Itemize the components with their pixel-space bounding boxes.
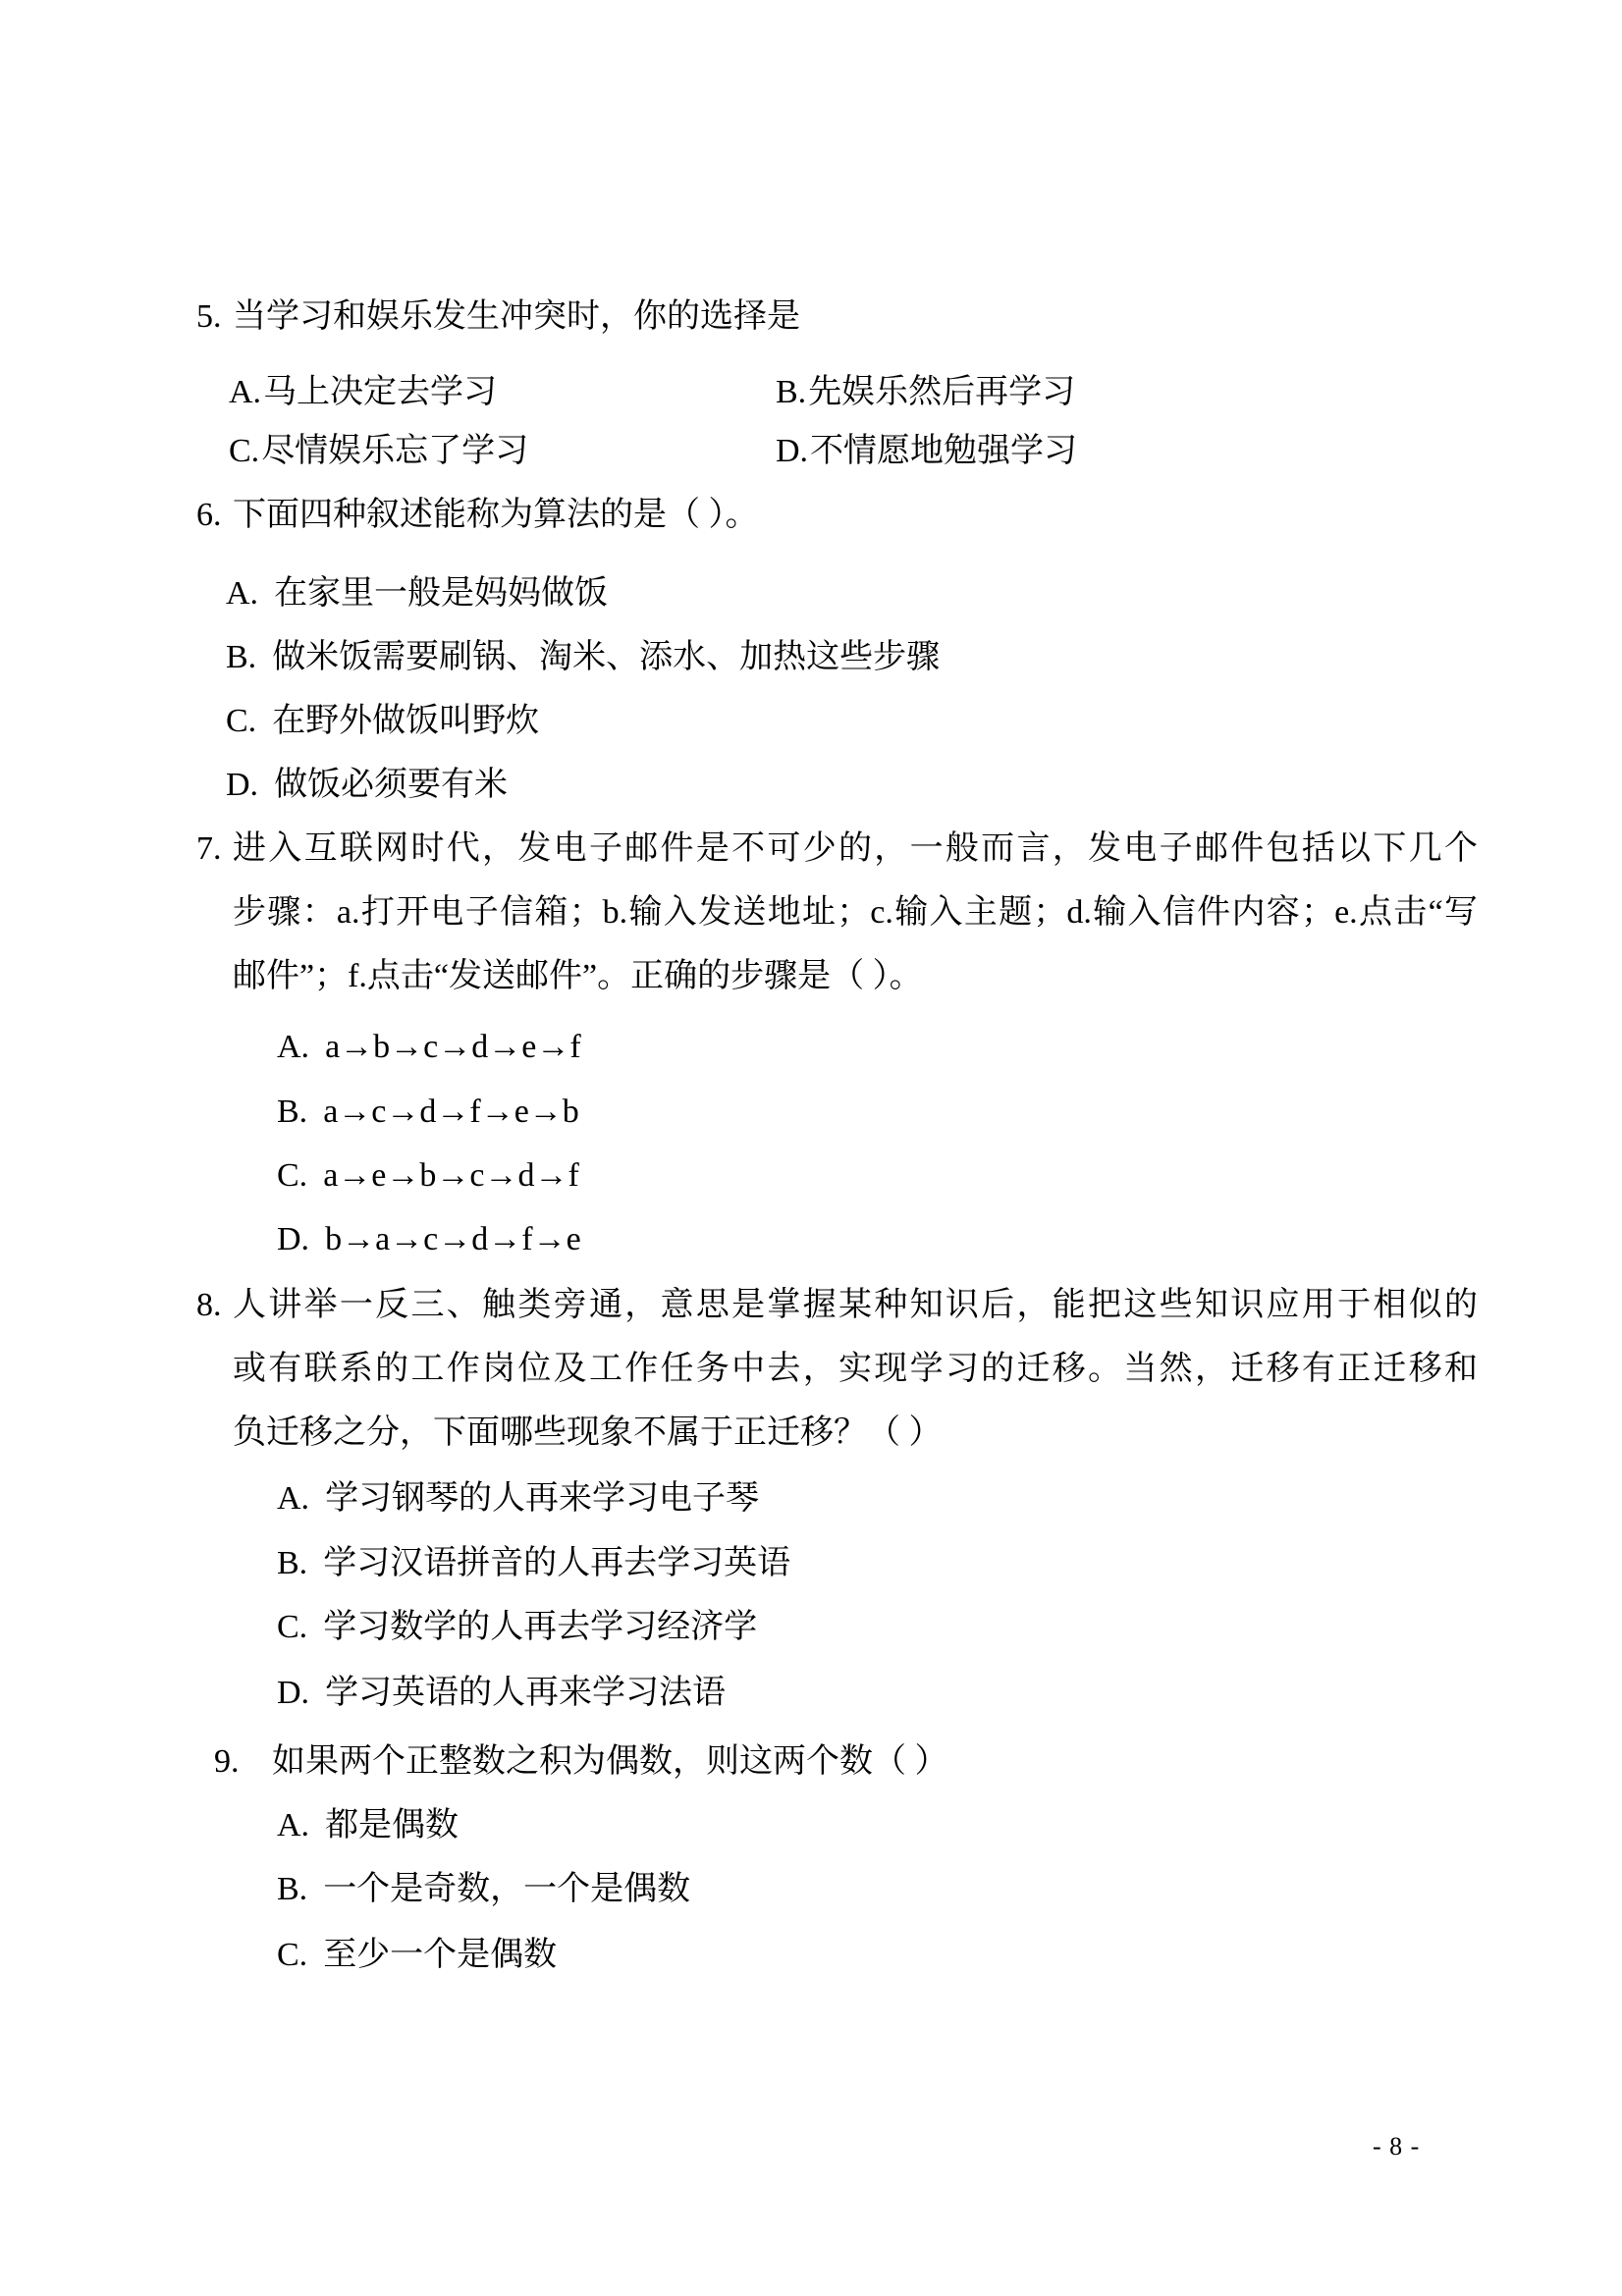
q6-option-a-label: A.: [226, 575, 258, 612]
q6-option-c-label: C.: [226, 703, 256, 739]
q8-stem-line-2: 或有联系的工作岗位及工作任务中去，实现学习的迁移。当然，迁移有正迁移和: [233, 1349, 1478, 1390]
q8-option-d-text: 学习英语的人再来学习法语: [325, 1675, 726, 1711]
q8-option-d: D.学习英语的人再来学习法语: [277, 1673, 726, 1714]
q7-stem-line-2: 步骤：a.打开电子信箱；b.输入发送地址；c.输入主题；d.输入信件内容；e.点…: [233, 892, 1478, 934]
q7-option-c: C.a→e→b→c→d→f: [277, 1155, 579, 1197]
q7-stem-line-1: 进入互联网时代，发电子邮件是不可少的，一般而言，发电子邮件包括以下几个: [233, 828, 1478, 870]
q7-number: 7.: [196, 828, 222, 870]
q6-option-a-text: 在家里一般是妈妈做饭: [274, 575, 608, 612]
q6-option-b-label: B.: [226, 639, 256, 675]
q5-option-a: A.马上决定去学习: [229, 372, 776, 413]
q5-option-b: B.先娱乐然后再学习: [776, 372, 1075, 413]
q7-option-d-label: D.: [277, 1221, 309, 1257]
q9-option-b: B.一个是奇数，一个是偶数: [277, 1869, 690, 1910]
footer-page-number: - 8 -: [1373, 2132, 1420, 2162]
q5-option-a-label: A.: [229, 374, 261, 410]
q8-stem-line-1: 人讲举一反三、触类旁通，意思是掌握某种知识后，能把这些知识应用于相似的: [233, 1285, 1478, 1326]
q8-option-a: A.学习钢琴的人再来学习电子琴: [277, 1478, 759, 1520]
q5-option-b-text: 先娱乐然后再学习: [808, 374, 1075, 410]
q9-stem: 如果两个正整数之积为偶数，则这两个数（ ）: [272, 1741, 948, 1783]
q5-option-c-label: C.: [229, 433, 259, 469]
q8-option-b-label: B.: [277, 1545, 307, 1581]
exam-document-page: 5. 当学习和娱乐发生冲突时，你的选择是 A.马上决定去学习 B.先娱乐然后再学…: [0, 0, 1622, 2296]
q6-option-a: A.在家里一般是妈妈做饭: [226, 573, 608, 614]
q6-option-d-label: D.: [226, 767, 258, 803]
q8-stem-line-3: 负迁移之分，下面哪些现象不属于正迁移？（ ）: [233, 1413, 943, 1454]
q8-option-b-text: 学习汉语拼音的人再去学习英语: [323, 1545, 790, 1581]
q9-option-c-label: C.: [277, 1937, 307, 1973]
q6-option-b: B.做米饭需要刷锅、淘米、添水、加热这些步骤: [226, 637, 940, 678]
q5-option-d: D.不情愿地勉强学习: [776, 431, 1077, 472]
q9-option-a-label: A.: [277, 1807, 309, 1843]
q9-option-a-text: 都是偶数: [325, 1807, 459, 1843]
q8-number: 8.: [196, 1285, 222, 1326]
q5-stem: 当学习和娱乐发生冲突时，你的选择是: [233, 296, 800, 338]
q6-option-b-text: 做米饭需要刷锅、淘米、添水、加热这些步骤: [272, 639, 940, 675]
q7-option-c-label: C.: [277, 1157, 307, 1194]
q5-number: 5.: [196, 296, 222, 338]
q8-option-a-label: A.: [277, 1480, 309, 1517]
q5-option-a-text: 马上决定去学习: [263, 374, 497, 410]
q9-option-b-label: B.: [277, 1871, 307, 1907]
q5-option-b-label: B.: [776, 374, 806, 410]
q7-option-a: A.a→b→c→d→e→f: [277, 1027, 581, 1068]
q5-option-row-cd: C.尽情娱乐忘了学习 D.不情愿地勉强学习: [229, 431, 1077, 472]
q9-option-c: C.至少一个是偶数: [277, 1935, 557, 1976]
q6-number: 6.: [196, 495, 222, 536]
q7-stem-line-3: 邮件”；f.点击“发送邮件”。正确的步骤是（ ）。: [233, 956, 923, 997]
q8-option-c-label: C.: [277, 1609, 307, 1645]
q6-option-c: C.在野外做饭叫野炊: [226, 701, 539, 742]
q7-option-a-label: A.: [277, 1029, 309, 1065]
q7-option-b-text: a→c→d→f→e→b: [323, 1094, 579, 1130]
q7-option-d: D.b→a→c→d→f→e: [277, 1219, 581, 1260]
q8-option-c-text: 学习数学的人再去学习经济学: [323, 1609, 757, 1645]
q8-option-b: B.学习汉语拼音的人再去学习英语: [277, 1543, 790, 1584]
q6-option-d-text: 做饭必须要有米: [274, 767, 508, 803]
q6-option-c-text: 在野外做饭叫野炊: [272, 703, 539, 739]
q7-option-b: B.a→c→d→f→e→b: [277, 1092, 579, 1133]
q9-option-b-text: 一个是奇数，一个是偶数: [323, 1871, 690, 1907]
q6-option-d: D.做饭必须要有米: [226, 765, 508, 806]
q7-option-b-label: B.: [277, 1094, 307, 1130]
q5-option-c-text: 尽情娱乐忘了学习: [261, 433, 528, 469]
q5-option-c: C.尽情娱乐忘了学习: [229, 431, 776, 472]
q5-option-d-text: 不情愿地勉强学习: [810, 433, 1077, 469]
q5-option-row-ab: A.马上决定去学习 B.先娱乐然后再学习: [229, 372, 1075, 413]
q8-option-a-text: 学习钢琴的人再来学习电子琴: [325, 1480, 759, 1517]
q6-stem: 下面四种叙述能称为算法的是（ ）。: [233, 495, 759, 536]
q8-option-c: C.学习数学的人再去学习经济学: [277, 1607, 757, 1648]
q8-option-d-label: D.: [277, 1675, 309, 1711]
q9-option-c-text: 至少一个是偶数: [323, 1937, 557, 1973]
q9-number: 9.: [214, 1741, 240, 1783]
q7-option-c-text: a→e→b→c→d→f: [323, 1157, 579, 1194]
q5-option-d-label: D.: [776, 433, 808, 469]
q9-option-a: A.都是偶数: [277, 1805, 459, 1846]
q7-option-d-text: b→a→c→d→f→e: [325, 1221, 581, 1257]
q7-option-a-text: a→b→c→d→e→f: [325, 1029, 581, 1065]
